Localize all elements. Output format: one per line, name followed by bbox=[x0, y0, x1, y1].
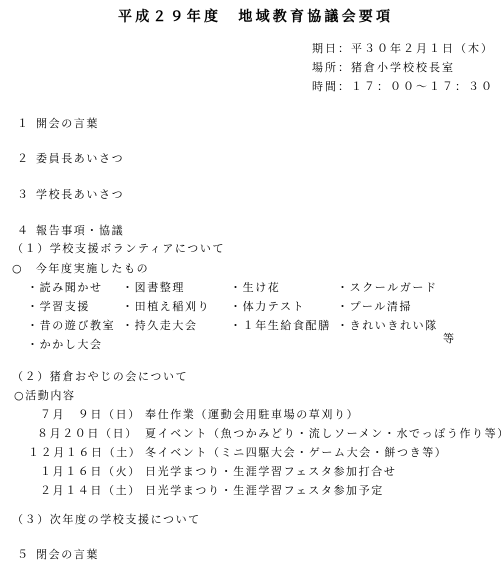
event-desc: 奉仕作業（運動会用駐車場の草刈り） bbox=[145, 408, 359, 422]
volunteer-item: ・きれいきれい隊 bbox=[337, 319, 438, 333]
agenda-label: 委員長あいさつ bbox=[36, 152, 124, 166]
event-desc: 日光学まつり・生涯学習フェスタ参加打合せ bbox=[145, 465, 396, 479]
volunteer-item: ・生け花 bbox=[230, 281, 280, 295]
document-title: 平成２９年度 地域教育協議会要項 bbox=[118, 6, 393, 26]
volunteer-item: ・プール清掃 bbox=[337, 300, 412, 314]
agenda-label: 開会の言葉 bbox=[36, 117, 99, 131]
agenda-number: ２ bbox=[17, 152, 30, 166]
section1-heading: （１）学校支援ボランティアについて bbox=[12, 242, 225, 256]
volunteer-item: ・体力テスト bbox=[230, 300, 305, 314]
volunteer-item: ・読み聞かせ bbox=[27, 281, 103, 295]
agenda-number: ４ bbox=[17, 224, 30, 238]
volunteer-item: ・学習支援 bbox=[27, 300, 90, 314]
event-desc: 夏イベント（魚つかみどり・流しソーメン・水でっぽう作り等） bbox=[145, 427, 501, 441]
volunteer-item: ・スクールガード bbox=[337, 281, 438, 295]
section2-subheading: ○活動内容 bbox=[14, 389, 76, 403]
agenda-number: １ bbox=[17, 117, 30, 131]
agenda-label: 報告事項・協議 bbox=[36, 224, 124, 238]
volunteer-item: ・かかし大会 bbox=[27, 338, 103, 352]
etc-label: 等 bbox=[443, 332, 456, 346]
agenda-label: 学校長あいさつ bbox=[36, 188, 124, 202]
volunteer-item: ・持久走大会 bbox=[122, 319, 198, 333]
volunteer-item: ・１年生給食配膳 bbox=[230, 319, 331, 333]
volunteer-item: ・図書整理 bbox=[122, 281, 185, 295]
volunteer-item: ・田植え稲刈り bbox=[122, 300, 210, 314]
agenda-number: ３ bbox=[17, 188, 30, 202]
volunteer-item: ・昔の遊び教室 bbox=[27, 319, 115, 333]
meta-time: 時間：１７：００～１７：３０ bbox=[312, 80, 494, 94]
section1-subheading: ○ 今年度実施したもの bbox=[12, 262, 149, 276]
event-date: ７月 ９日（日） bbox=[40, 408, 141, 422]
section3-heading: （３）次年度の学校支援について bbox=[12, 513, 201, 527]
event-desc: 日光学まつり・生涯学習フェスタ参加予定 bbox=[145, 484, 384, 498]
event-date: １２月１６日（土） bbox=[28, 446, 141, 460]
event-date: ８月２０日（日） bbox=[37, 427, 138, 441]
agenda-label: 閉会の言葉 bbox=[36, 548, 99, 562]
agenda-number: ５ bbox=[17, 548, 30, 562]
meta-date: 期日：平３０年２月１日（木） bbox=[312, 42, 494, 56]
event-date: ２月１４日（土） bbox=[40, 484, 141, 498]
meta-place: 場所：猪倉小学校校長室 bbox=[312, 61, 455, 75]
event-date: １月１６日（火） bbox=[40, 465, 141, 479]
section2-heading: （２）猪倉おやじの会について bbox=[12, 370, 188, 384]
event-desc: 冬イベント（ミニ四駆大会・ゲーム大会・餅つき等） bbox=[145, 446, 447, 460]
